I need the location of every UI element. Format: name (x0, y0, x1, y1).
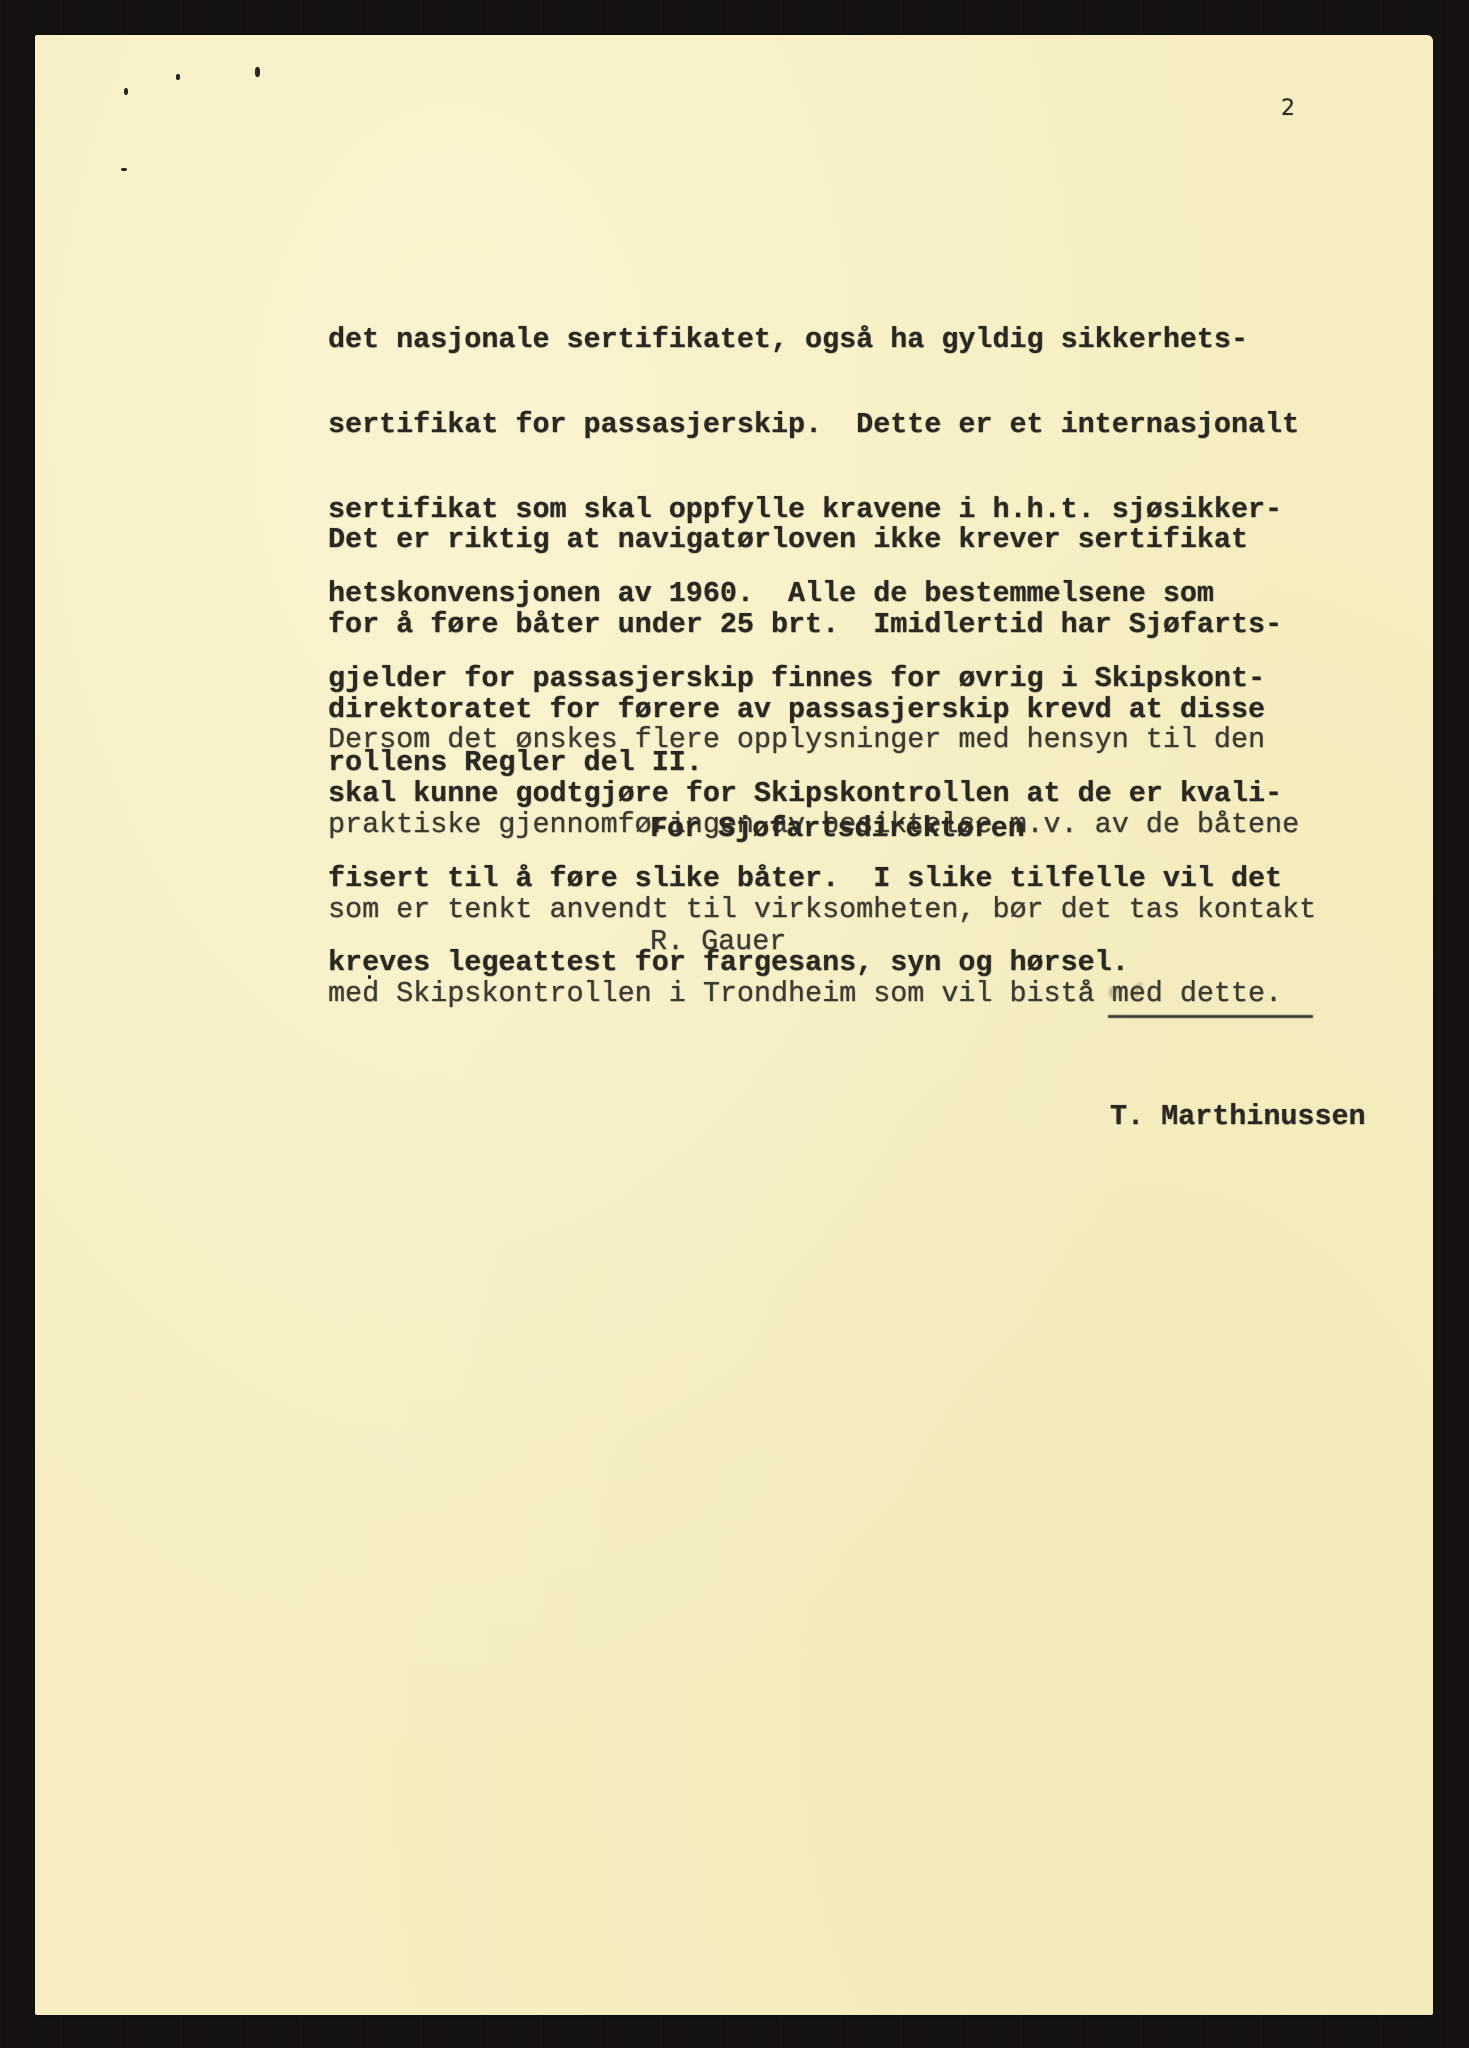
signatory-2: T. Marthinussen (1110, 1103, 1366, 1131)
staple-mark (121, 168, 127, 171)
redacted-text: e.f. (1108, 982, 1313, 1005)
on-behalf-of-line: For Sjøfartsdirektøren (650, 815, 1025, 843)
staple-mark (176, 74, 180, 80)
signature-underline (1108, 1015, 1313, 1018)
signatory-1: R. Gauer (650, 928, 786, 956)
text-line: for å føre båter under 25 brt. Imidlerti… (328, 611, 1282, 639)
staple-mark (124, 88, 128, 95)
text-line: sertifikat for passasjerskip. Dette er e… (328, 411, 1299, 439)
text-line: Dersom det ønskes flere opplysninger med… (328, 726, 1316, 754)
staple-mark (255, 67, 260, 77)
text-line: Det er riktig at navigatørloven ikke kre… (328, 526, 1282, 554)
text-line: det nasjonale sertifikatet, også ha gyld… (328, 326, 1299, 354)
text-line: som er tenkt anvendt til virksomheten, b… (328, 896, 1316, 924)
page-number: 2 (1281, 96, 1295, 121)
